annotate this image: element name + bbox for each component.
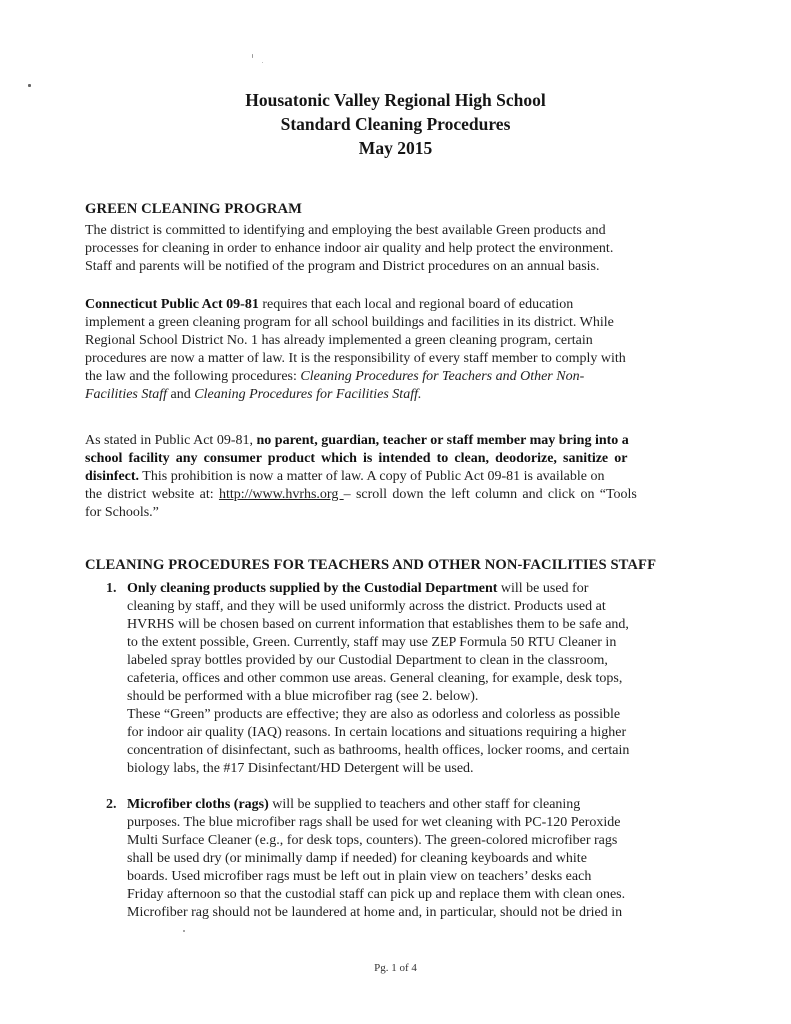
text-line: Connecticut Public Act 09-81 requires th… [85, 296, 715, 314]
text-line: school facility any consumer product whi… [85, 450, 715, 468]
text-line: for Schools.” [85, 504, 715, 522]
text-run: the law and the following procedures: [85, 369, 300, 384]
document-page: Housatonic Valley Regional High School S… [0, 0, 791, 1024]
text-line: These “Green” products are effective; th… [127, 706, 745, 724]
text-line: Microfiber rag should not be laundered a… [127, 904, 745, 922]
text-run: will be used for [497, 581, 588, 596]
text-line: As stated in Public Act 09-81, no parent… [85, 432, 715, 450]
scan-artifact [28, 84, 31, 87]
title-school-name: Housatonic Valley Regional High School [0, 88, 791, 112]
scan-artifact [183, 930, 185, 932]
section-heading-teacher-procedures: CLEANING PROCEDURES FOR TEACHERS AND OTH… [85, 557, 656, 574]
list-number: 1. [106, 580, 117, 598]
text-line: for indoor air quality (IAQ) reasons. In… [127, 724, 745, 742]
bold-text: no parent, guardian, teacher or staff me… [257, 433, 629, 448]
text-line: should be performed with a blue microfib… [127, 688, 745, 706]
green-program-intro-paragraph: The district is committed to identifying… [85, 222, 715, 276]
text-run: – scroll down the left column and click … [344, 487, 637, 502]
text-line: implement a green cleaning program for a… [85, 314, 715, 332]
bold-lead: Connecticut Public Act 09-81 [85, 297, 259, 312]
text-line: boards. Used microfiber rags must be lef… [127, 868, 745, 886]
text-line: procedures are now a matter of law. It i… [85, 350, 715, 368]
text-line: processes for cleaning in order to enhan… [85, 240, 715, 258]
list-item-microfiber-cloths: 2. Microfiber cloths (rags) will be supp… [85, 796, 745, 922]
text-line: concentration of disinfectant, such as b… [127, 742, 745, 760]
italic-reference: Facilities Staff [85, 387, 167, 402]
list-number: 2. [106, 796, 117, 814]
text-line: shall be used dry (or minimally damp if … [127, 850, 745, 868]
district-website-link[interactable]: http://www.hvrhs.org [219, 487, 344, 502]
text-line: cleaning by staff, and they will be used… [127, 598, 745, 616]
text-line: HVRHS will be chosen based on current in… [127, 616, 745, 634]
bold-text: disinfect. [85, 469, 139, 484]
text-line: cafeteria, offices and other common use … [127, 670, 745, 688]
text-line: Only cleaning products supplied by the C… [127, 580, 745, 598]
text-line: Facilities Staff and Cleaning Procedures… [85, 386, 715, 404]
text-line: Friday afternoon so that the custodial s… [127, 886, 745, 904]
title-date: May 2015 [0, 136, 791, 160]
text-line: biology labs, the #17 Disinfectant/HD De… [127, 760, 745, 778]
prohibition-paragraph: As stated in Public Act 09-81, no parent… [85, 432, 715, 522]
procedures-list: 1. Only cleaning products supplied by th… [85, 580, 745, 922]
text-run: and [167, 387, 194, 402]
text-line: the law and the following procedures: Cl… [85, 368, 715, 386]
text-line: the district website at: http://www.hvrh… [85, 486, 715, 504]
public-act-paragraph: Connecticut Public Act 09-81 requires th… [85, 296, 715, 404]
text-line: Microfiber cloths (rags) will be supplie… [127, 796, 745, 814]
page-number-footer: Pg. 1 of 4 [0, 962, 791, 974]
text-line: The district is committed to identifying… [85, 222, 715, 240]
list-item-cleaning-products: 1. Only cleaning products supplied by th… [85, 580, 745, 778]
bold-lead: Microfiber cloths (rags) [127, 797, 269, 812]
title-document-name: Standard Cleaning Procedures [0, 112, 791, 136]
text-run: will be supplied to teachers and other s… [269, 797, 581, 812]
scan-artifact [252, 54, 253, 58]
text-run: the district website at: [85, 487, 219, 502]
text-line: Multi Surface Cleaner (e.g., for desk to… [127, 832, 745, 850]
scan-artifact [262, 62, 263, 63]
text-line: purposes. The blue microfiber rags shall… [127, 814, 745, 832]
text-run: As stated in Public Act 09-81, [85, 433, 257, 448]
section-heading-green-cleaning: GREEN CLEANING PROGRAM [85, 201, 302, 218]
text-line: labeled spray bottles provided by our Cu… [127, 652, 745, 670]
text-run: requires that each local and regional bo… [259, 297, 573, 312]
bold-text: school facility any consumer product whi… [85, 451, 627, 466]
text-line: disinfect. This prohibition is now a mat… [85, 468, 715, 486]
text-line: Regional School District No. 1 has alrea… [85, 332, 715, 350]
text-line: Staff and parents will be notified of th… [85, 258, 715, 276]
text-line: to the extent possible, Green. Currently… [127, 634, 745, 652]
italic-reference: Cleaning Procedures for Teachers and Oth… [300, 369, 584, 384]
text-run: This prohibition is now a matter of law.… [139, 469, 604, 484]
bold-lead: Only cleaning products supplied by the C… [127, 581, 497, 596]
italic-reference: Cleaning Procedures for Facilities Staff… [194, 387, 421, 402]
document-title: Housatonic Valley Regional High School S… [0, 88, 791, 160]
